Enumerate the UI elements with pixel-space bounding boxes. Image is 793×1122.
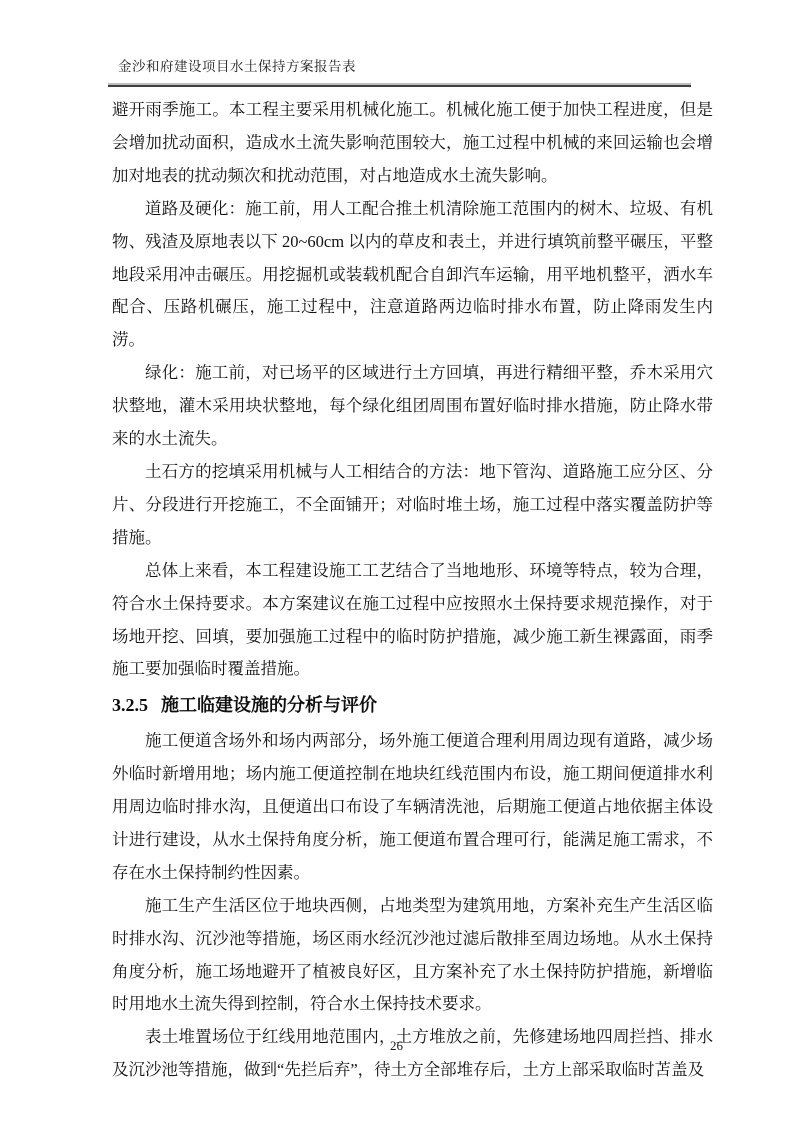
paragraph-greening: 绿化：施工前，对已场平的区域进行土方回填，再进行精细平整，乔木采用穴状整地，灌木… <box>112 357 713 456</box>
paragraph-earthwork: 土石方的挖填采用机械与人工相结合的方法：地下管沟、道路施工应分区、分片、分段进行… <box>112 456 713 555</box>
paragraph-roads-hardening: 道路及硬化：施工前，用人工配合推土机清除施工范围内的树木、垃圾、有机物、残渣及原… <box>112 193 713 358</box>
section-heading: 3.2.5施工临建设施的分析与评价 <box>112 689 713 722</box>
paragraph-access-roads: 施工便道含场外和场内两部分，场外施工便道合理利用周边现有道路，减少场外临时新增用… <box>112 725 713 890</box>
page-header: 金沙和府建设项目水土保持方案报告表 <box>108 58 691 87</box>
section-heading-number: 3.2.5 <box>112 695 148 715</box>
document-body: 避开雨季施工。本工程主要采用机械化施工。机械化施工便于加快工程进度，但是会增加扰… <box>112 94 713 1087</box>
header-rule <box>108 83 691 87</box>
header-title: 金沙和府建设项目水土保持方案报告表 <box>108 58 691 75</box>
paragraph-construction-method: 避开雨季施工。本工程主要采用机械化施工。机械化施工便于加快工程进度，但是会增加扰… <box>112 94 713 193</box>
paragraph-living-area: 施工生产生活区位于地块西侧，占地类型为建筑用地，方案补充生产生活区临时排水沟、沉… <box>112 890 713 1022</box>
header-rule-dark <box>108 85 691 87</box>
section-heading-title: 施工临建设施的分析与评价 <box>161 695 377 715</box>
document-page: 金沙和府建设项目水土保持方案报告表 避开雨季施工。本工程主要采用机械化施工。机械… <box>0 0 793 1122</box>
page-number: 26 <box>390 1038 403 1054</box>
paragraph-overall-evaluation: 总体上来看，本工程建设施工工艺结合了当地地形、环境等特点，较为合理，符合水土保持… <box>112 555 713 687</box>
page-footer: 26 <box>0 1037 793 1055</box>
